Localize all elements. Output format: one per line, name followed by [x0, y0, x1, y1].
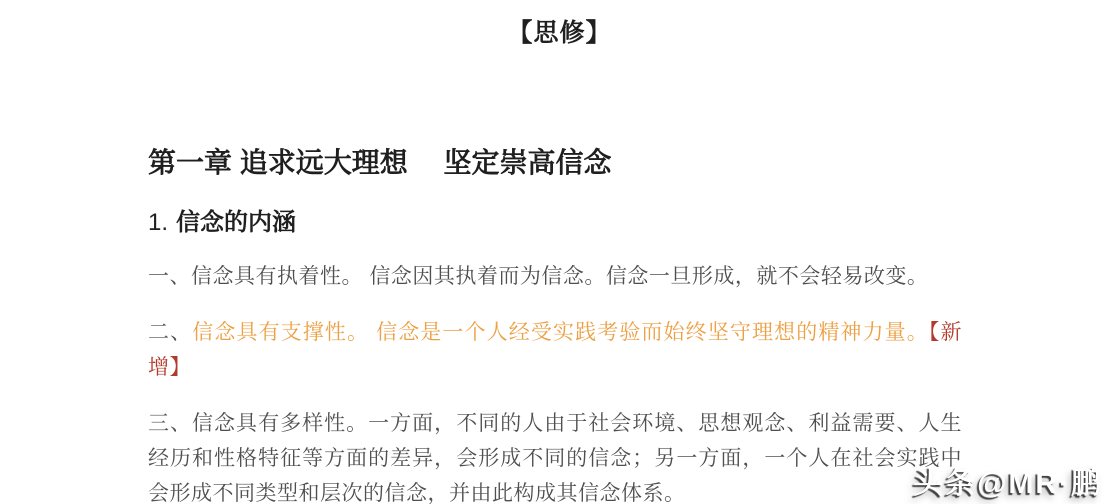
highlighted-text: 信念具有支撑性。 信念是一个人经受实践考验而始终坚守理想的精神力量。: [192, 321, 929, 344]
paragraph-text: 信念具有多样性。一方面，不同的人由于社会环境、思想观念、利益需要、人生经历和性格…: [148, 412, 962, 504]
document-content: 第一章 追求远大理想 坚定崇高信念 1.信念的内涵 一、信念具有执着性。 信念因…: [148, 145, 962, 504]
document-page: 【思修】 第一章 追求远大理想 坚定崇高信念 1.信念的内涵 一、信念具有执着性…: [0, 0, 1119, 504]
paragraph-prefix: 二、: [148, 321, 192, 344]
section-number: 1.: [148, 209, 168, 236]
paragraph-prefix: 一、: [148, 265, 191, 288]
page-title: 【思修】: [0, 0, 1119, 50]
paragraph-belief-persistence: 一、信念具有执着性。 信念因其执着而为信念。信念一旦形成，就不会轻易改变。: [148, 259, 962, 294]
paragraph-prefix: 三、: [148, 412, 192, 435]
chapter-heading: 第一章 追求远大理想 坚定崇高信念: [148, 145, 962, 181]
section-title: 信念的内涵: [176, 209, 296, 236]
paragraph-text: 信念具有执着性。 信念因其执着而为信念。信念一旦形成，就不会轻易改变。: [191, 265, 928, 288]
paragraph-belief-diversity: 三、信念具有多样性。一方面，不同的人由于社会环境、思想观念、利益需要、人生经历和…: [148, 406, 962, 504]
paragraph-belief-support: 二、信念具有支撑性。 信念是一个人经受实践考验而始终坚守理想的精神力量。【新增】: [148, 315, 962, 385]
section-heading: 1.信念的内涵: [148, 208, 962, 238]
watermark: 头条@MR·鹏: [913, 458, 1103, 502]
